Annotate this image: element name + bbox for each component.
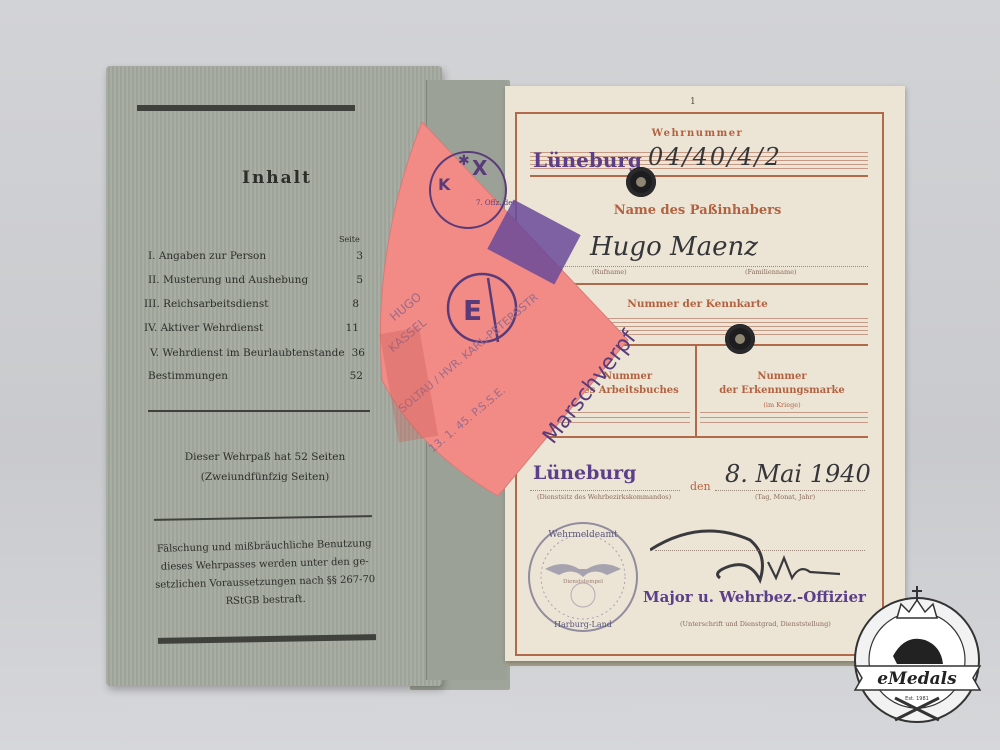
toc-label: V. Wehrdienst im Beurlaubtenstande [150, 347, 345, 359]
date-value: 8. Mai 1940 [725, 460, 871, 488]
svg-text:Dienststempel: Dienststempel [563, 579, 603, 585]
signature [650, 520, 850, 590]
warning-text: Fälschung und mißbräuchliche Benutzung d… [149, 535, 381, 613]
officer-stamp: Major u. Wehrbez.-Offizier [643, 588, 866, 606]
toc-label: III. Reichsarbeitsdienst [144, 298, 268, 310]
toc-label: Bestimmungen [148, 370, 228, 382]
toc-item: Bestimmungen52 [148, 370, 363, 382]
ruled-line [700, 417, 868, 418]
toc-page: 52 [347, 370, 363, 382]
svg-text:eMedals: eMedals [877, 669, 957, 689]
toc-item: III. Reichsarbeitsdienst8 [144, 298, 359, 310]
toc-label: IV. Aktiver Wehrdienst [144, 322, 263, 334]
toc-page: 5 [347, 274, 363, 286]
wehrnummer-value: 04/40/4/2 [648, 143, 782, 171]
svg-text:E: E [463, 294, 482, 327]
svg-text:✱: ✱ [458, 153, 470, 169]
svg-text:Est. 1981: Est. 1981 [905, 696, 929, 702]
page-count-note: Dieser Wehrpaß hat 52 Seiten (Zweiundfün… [135, 447, 395, 487]
divider [148, 410, 370, 412]
toc-label: I. Angaben zur Person [148, 250, 266, 262]
ruled-line [700, 412, 868, 413]
toc-item: II. Musterung und Aushebung5 [148, 274, 363, 286]
official-seal-stamp: Wehrmeldeamt Dienststempel Harburg-Land [517, 515, 657, 640]
svg-text:X: X [472, 156, 488, 180]
toc-label: II. Musterung und Aushebung [148, 274, 308, 286]
svg-text:Wehrmeldeamt: Wehrmeldeamt [548, 530, 618, 540]
page-count-line: Dieser Wehrpaß hat 52 Seiten [135, 447, 395, 467]
pink-march-slip: ✱ X K 7. Offz. der E HUGO KASSEL SOLTAU … [378, 120, 628, 520]
erkennung-label-line: Nummer [697, 370, 867, 384]
date-dotted-line [715, 490, 865, 491]
name-sub-right: (Familienname) [745, 268, 797, 276]
toc-page: 11 [343, 322, 359, 334]
svg-text:Harburg-Land: Harburg-Land [554, 620, 612, 629]
page-count-line: (Zweiundfünfzig Seiten) [135, 467, 395, 487]
toc-item: I. Angaben zur Person3 [148, 250, 363, 262]
emedals-watermark-logo: eMedals Est. 1981 [845, 580, 990, 730]
toc-item: IV. Aktiver Wehrdienst11 [144, 322, 359, 334]
erkennungsmarke-label: Nummer der Erkennungsmarke (im Kriege) [697, 370, 867, 412]
officer-sub: (Unterschrift und Dienstgrad, Dienststel… [680, 620, 831, 628]
toc-page: 8 [343, 298, 359, 310]
den-label: den [690, 480, 711, 493]
toc-page: 3 [347, 250, 363, 262]
eyelet [725, 324, 755, 354]
toc-item: V. Wehrdienst im Beurlaubtenstande36 [150, 347, 365, 359]
svg-text:K: K [438, 175, 451, 194]
signature-dotted-line [655, 550, 865, 551]
page-column-header: Seite [339, 235, 360, 244]
erkennung-label-line: (im Kriege) [697, 398, 867, 412]
toc-page: 36 [349, 347, 365, 359]
ruled-line [700, 422, 868, 423]
date-sub: (Tag, Monat, Jahr) [755, 493, 815, 501]
erkennung-label-line: der Erkennungsmarke [697, 384, 867, 398]
top-rule [137, 105, 355, 111]
page-number: 1 [690, 97, 696, 107]
